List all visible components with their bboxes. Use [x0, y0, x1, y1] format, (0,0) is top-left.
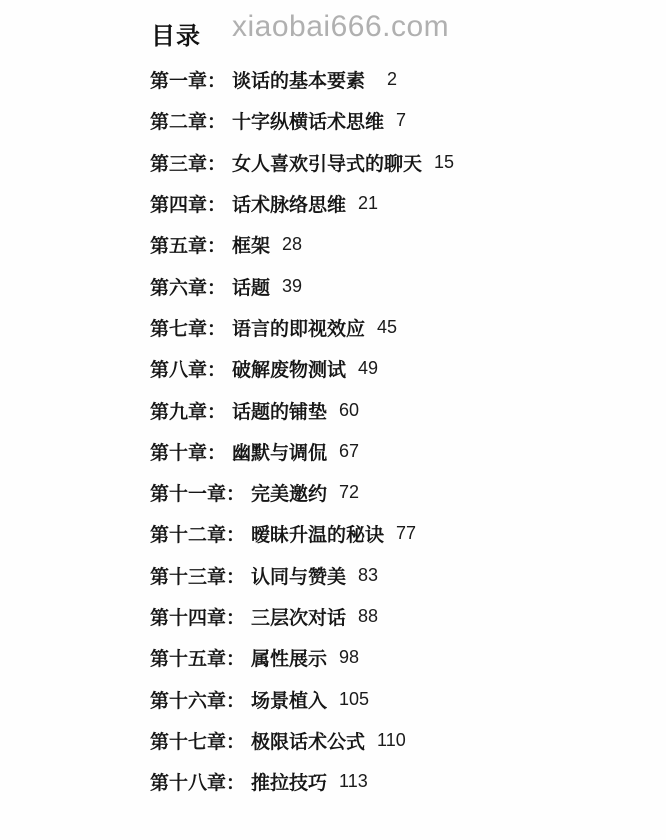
page-number: 77: [396, 523, 416, 544]
page-number: 72: [339, 482, 359, 503]
page-number: 83: [358, 565, 378, 586]
toc-item: 第二章： 十字纵横话术思维 7: [150, 100, 630, 141]
chapter-label: 第二章：: [150, 107, 226, 134]
chapter-title: 话题: [232, 273, 270, 300]
chapter-label: 第十六章：: [150, 686, 245, 713]
chapter-title: 属性展示: [251, 644, 327, 671]
chapter-label: 第十七章：: [150, 727, 245, 754]
toc-item: 第十四章： 三层次对话 88: [150, 596, 630, 637]
chapter-title: 女人喜欢引导式的聊天: [232, 149, 422, 176]
toc-item: 第十章： 幽默与调侃 67: [150, 431, 630, 472]
page-number: 15: [434, 152, 454, 173]
chapter-title: 谈话的基本要素: [232, 66, 365, 93]
page-number: 67: [339, 441, 359, 462]
toc-item: 第十五章： 属性展示 98: [150, 637, 630, 678]
toc-item: 第六章： 话题 39: [150, 265, 630, 306]
toc-item: 第十八章： 推拉技巧 113: [150, 761, 630, 802]
chapter-label: 第十四章：: [150, 603, 245, 630]
chapter-title: 三层次对话: [251, 603, 346, 630]
toc-item: 第十七章： 极限话术公式 110: [150, 720, 630, 761]
chapter-title: 破解废物测试: [232, 355, 346, 382]
chapter-label: 第十章：: [150, 438, 226, 465]
page-number: 7: [396, 110, 406, 131]
toc-item: 第十三章： 认同与赞美 83: [150, 555, 630, 596]
chapter-label: 第十八章：: [150, 768, 245, 795]
toc-item: 第七章： 语言的即视效应 45: [150, 307, 630, 348]
chapter-label: 第一章：: [150, 66, 226, 93]
chapter-title: 暧昧升温的秘诀: [251, 520, 384, 547]
page-number: 88: [358, 606, 378, 627]
page-number: 21: [358, 193, 378, 214]
chapter-label: 第三章：: [150, 149, 226, 176]
toc-item: 第十二章： 暧昧升温的秘诀 77: [150, 513, 630, 554]
page-number: 110: [377, 730, 406, 751]
toc-item: 第三章： 女人喜欢引导式的聊天 15: [150, 142, 630, 183]
page-number: 98: [339, 647, 359, 668]
chapter-label: 第七章：: [150, 314, 226, 341]
chapter-label: 第十二章：: [150, 520, 245, 547]
toc-item: 第八章： 破解废物测试 49: [150, 348, 630, 389]
toc-item: 第五章： 框架 28: [150, 224, 630, 265]
toc-item: 第一章： 谈话的基本要素 2: [150, 59, 630, 100]
chapter-label: 第十五章：: [150, 644, 245, 671]
document-page: 目录 xiaobai666.com 第一章： 谈话的基本要素 2 第二章： 十字…: [0, 0, 666, 840]
chapter-title: 极限话术公式: [251, 727, 365, 754]
page-number: 39: [282, 276, 302, 297]
chapter-label: 第四章：: [150, 190, 226, 217]
page-number: 45: [377, 317, 397, 338]
chapter-label: 第五章：: [150, 231, 226, 258]
toc-item: 第十六章： 场景植入 105: [150, 678, 630, 719]
chapter-title: 框架: [232, 231, 270, 258]
chapter-label: 第十一章：: [150, 479, 245, 506]
chapter-label: 第八章：: [150, 355, 226, 382]
page-number: 113: [339, 771, 368, 792]
chapter-title: 话题的铺垫: [232, 397, 327, 424]
chapter-title: 十字纵横话术思维: [232, 107, 384, 134]
page-number: 49: [358, 358, 378, 379]
chapter-title: 幽默与调侃: [232, 438, 327, 465]
page-number: 105: [339, 689, 369, 710]
chapter-label: 第六章：: [150, 273, 226, 300]
toc-item: 第十一章： 完美邀约 72: [150, 472, 630, 513]
chapter-title: 话术脉络思维: [232, 190, 346, 217]
toc-item: 第四章： 话术脉络思维 21: [150, 183, 630, 224]
page-title: 目录: [151, 16, 201, 51]
page-number: 28: [282, 234, 302, 255]
chapter-label: 第九章：: [150, 397, 226, 424]
chapter-title: 场景植入: [251, 686, 327, 713]
chapter-label: 第十三章：: [150, 562, 245, 589]
chapter-title: 语言的即视效应: [232, 314, 365, 341]
chapter-title: 完美邀约: [251, 479, 327, 506]
chapter-title: 推拉技巧: [251, 768, 327, 795]
page-number: 60: [339, 400, 359, 421]
watermark-text: xiaobai666.com: [232, 10, 449, 44]
toc-list: 第一章： 谈话的基本要素 2 第二章： 十字纵横话术思维 7 第三章： 女人喜欢…: [150, 59, 630, 802]
page-number: 2: [377, 69, 397, 90]
toc-item: 第九章： 话题的铺垫 60: [150, 389, 630, 430]
chapter-title: 认同与赞美: [251, 562, 346, 589]
